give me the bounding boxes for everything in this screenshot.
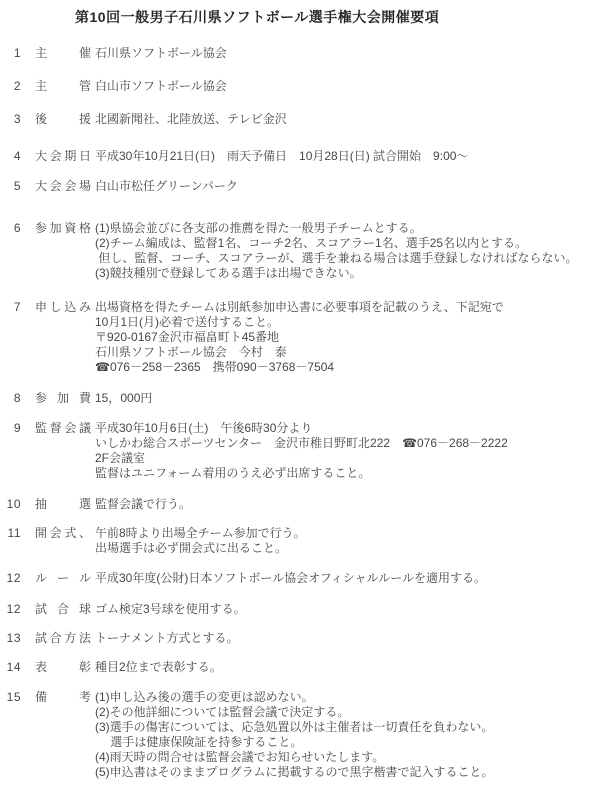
item-content: 午前8時より出場全チーム参加で行う。 出場選手は必ず開会式に出ること。 (95, 526, 600, 556)
item-content: ゴム検定3号球を使用する。 (95, 602, 600, 617)
item-line: 出場資格を得たチームは別紙参加申込書に必要事項を記載のうえ、下記宛で (95, 300, 600, 315)
item-line: (2)チーム編成は、監督1名、コーチ2名、スコアラー1名、選手25名以内とする。 (95, 236, 600, 251)
item-13-match-format: 13 試合方法 トーナメント方式とする。 (0, 631, 600, 646)
item-line: ゴム検定3号球を使用する。 (95, 602, 600, 617)
item-number: 15 (0, 690, 21, 705)
item-3-sponsors: 3 後援 北國新聞社、北陸放送、テレビ金沢 (0, 112, 600, 127)
item-content: 15，000円 (95, 391, 600, 406)
item-content: 白山市ソフトボール協会 (95, 79, 600, 94)
item-number: 10 (0, 497, 21, 512)
item-5-venue: 5 大会会場 白山市松任グリーンパーク (0, 179, 600, 194)
item-line: 平成30年10月6日(土) 午後6時30分より (95, 421, 600, 436)
item-4-date: 4 大会期日 平成30年10月21日(日) 雨天予備日 10月28日(日) 試合… (0, 149, 600, 164)
item-number: 5 (0, 179, 21, 194)
item-content: 監督会議で行う。 (95, 497, 600, 512)
item-number: 3 (0, 112, 21, 127)
item-label: ルール (35, 571, 91, 586)
item-content: 平成30年10月6日(土) 午後6時30分より いしかわ総合スポーツセンター 金… (95, 421, 600, 481)
item-line: (1)県協会並びに各支部の推薦を得た一般男子チームとする。 (95, 221, 600, 236)
item-line: 15，000円 (95, 391, 600, 406)
item-line: 選手は健康保険証を持参すること。 (95, 735, 600, 750)
item-content: 北國新聞社、北陸放送、テレビ金沢 (95, 112, 600, 127)
item-number: 13 (0, 631, 21, 646)
item-line: 監督はユニフォーム着用のうえ必ず出席すること。 (95, 466, 600, 481)
item-11-opening-ceremony: 11 開会式、 午前8時より出場全チーム参加で行う。 出場選手は必ず開会式に出る… (0, 526, 600, 556)
item-line: 〒920-0167金沢市福畠町ト45番地 (95, 330, 600, 345)
item-line: 石川県ソフトボール協会 今村 泰 (95, 345, 600, 360)
item-line: (2)その他詳細については監督会議で決定する。 (95, 705, 600, 720)
document-page: 第10回一般男子石川県ソフトボール選手権大会開催要項 1 主催 石川県ソフトボー… (0, 0, 600, 780)
item-label: 参加費 (35, 391, 91, 406)
item-number: 12 (0, 602, 21, 617)
item-line: 平成30年度(公財)日本ソフトボール協会オフィシャルルールを適用する。 (95, 571, 600, 586)
item-label: 備考 (35, 690, 91, 705)
item-line: (1)申し込み後の選手の変更は認めない。 (95, 690, 600, 705)
item-line: 10月1日(月)必着で送付すること。 (95, 315, 600, 330)
item-content: 石川県ソフトボール協会 (95, 46, 600, 61)
item-content: 平成30年10月21日(日) 雨天予備日 10月28日(日) 試合開始 9:00… (95, 149, 600, 164)
item-line: 午前8時より出場全チーム参加で行う。 (95, 526, 600, 541)
item-number: 4 (0, 149, 21, 164)
item-label: 主管 (35, 79, 91, 94)
item-label: 後援 (35, 112, 91, 127)
document-title: 第10回一般男子石川県ソフトボール選手権大会開催要項 (75, 9, 600, 26)
item-7-application: 7 申し込み 出場資格を得たチームは別紙参加申込書に必要事項を記載のうえ、下記宛… (0, 300, 600, 375)
item-label: 表彰 (35, 660, 91, 675)
item-number: 2 (0, 79, 21, 94)
item-line: 白山市松任グリーンパーク (95, 179, 600, 194)
item-number: 7 (0, 300, 21, 315)
item-6-eligibility: 6 参加資格 (1)県協会並びに各支部の推薦を得た一般男子チームとする。 (2)… (0, 221, 600, 281)
item-line: (4)雨天時の問合せは監督会議でお知らせいたします。 (95, 750, 600, 765)
item-line: (3)競技種別で登録してある選手は出場できない。 (95, 266, 600, 281)
item-10-lottery: 10 抽選 監督会議で行う。 (0, 497, 600, 512)
item-label: 開会式、 (35, 526, 91, 541)
item-line: 北國新聞社、北陸放送、テレビ金沢 (95, 112, 600, 127)
item-line: 白山市ソフトボール協会 (95, 79, 600, 94)
item-9-managers-meeting: 9 監督会議 平成30年10月6日(土) 午後6時30分より いしかわ総合スポー… (0, 421, 600, 481)
item-line: 出場選手は必ず開会式に出ること。 (95, 541, 600, 556)
item-line: 監督会議で行う。 (95, 497, 600, 512)
item-2-management: 2 主管 白山市ソフトボール協会 (0, 79, 600, 94)
item-label: 大会会場 (35, 179, 91, 194)
item-number: 12 (0, 571, 21, 586)
item-label: 主催 (35, 46, 91, 61)
item-label: 監督会議 (35, 421, 91, 436)
item-line: ☎076－258－2365 携帯090－3768－7504 (95, 360, 600, 375)
item-12-game-ball: 12 試合球 ゴム検定3号球を使用する。 (0, 602, 600, 617)
item-label: 大会期日 (35, 149, 91, 164)
item-line: 石川県ソフトボール協会 (95, 46, 600, 61)
item-line: 平成30年10月21日(日) 雨天予備日 10月28日(日) 試合開始 9:00… (95, 149, 600, 164)
item-label: 申し込み (35, 300, 91, 315)
item-content: 出場資格を得たチームは別紙参加申込書に必要事項を記載のうえ、下記宛で 10月1日… (95, 300, 600, 375)
item-number: 14 (0, 660, 21, 675)
item-12-rules: 12 ルール 平成30年度(公財)日本ソフトボール協会オフィシャルルールを適用す… (0, 571, 600, 586)
item-line: トーナメント方式とする。 (95, 631, 600, 646)
item-line: (5)申込書はそのままプログラムに掲載するので黒字楷書で記入すること。 (95, 765, 600, 780)
item-label: 試合方法 (35, 631, 91, 646)
item-label: 参加資格 (35, 221, 91, 236)
item-number: 8 (0, 391, 21, 406)
item-line: いしかわ総合スポーツセンター 金沢市稚日野町北222 ☎076－268－2222 (95, 436, 600, 451)
item-1-organizer: 1 主催 石川県ソフトボール協会 (0, 46, 600, 61)
item-line: 2F会議室 (95, 451, 600, 466)
item-number: 6 (0, 221, 21, 236)
item-content: 種目2位まで表彰する。 (95, 660, 600, 675)
item-line: (3)選手の傷害については、応急処置以外は主催者は一切責任を負わない。 (95, 720, 600, 735)
item-label: 抽選 (35, 497, 91, 512)
item-content: (1)申し込み後の選手の変更は認めない。 (2)その他詳細については監督会議で決… (95, 690, 600, 780)
item-number: 9 (0, 421, 21, 436)
item-14-awards: 14 表彰 種目2位まで表彰する。 (0, 660, 600, 675)
item-number: 1 (0, 46, 21, 61)
item-content: 平成30年度(公財)日本ソフトボール協会オフィシャルルールを適用する。 (95, 571, 600, 586)
item-line: 但し、監督、コーチ、スコアラーが、選手を兼ねる場合は選手登録しなければならない。 (95, 251, 600, 266)
item-content: トーナメント方式とする。 (95, 631, 600, 646)
item-15-remarks: 15 備考 (1)申し込み後の選手の変更は認めない。 (2)その他詳細については… (0, 690, 600, 780)
item-content: 白山市松任グリーンパーク (95, 179, 600, 194)
item-line: 種目2位まで表彰する。 (95, 660, 600, 675)
item-number: 11 (0, 526, 21, 541)
item-label: 試合球 (35, 602, 91, 617)
item-8-fee: 8 参加費 15，000円 (0, 391, 600, 406)
item-content: (1)県協会並びに各支部の推薦を得た一般男子チームとする。 (2)チーム編成は、… (95, 221, 600, 281)
